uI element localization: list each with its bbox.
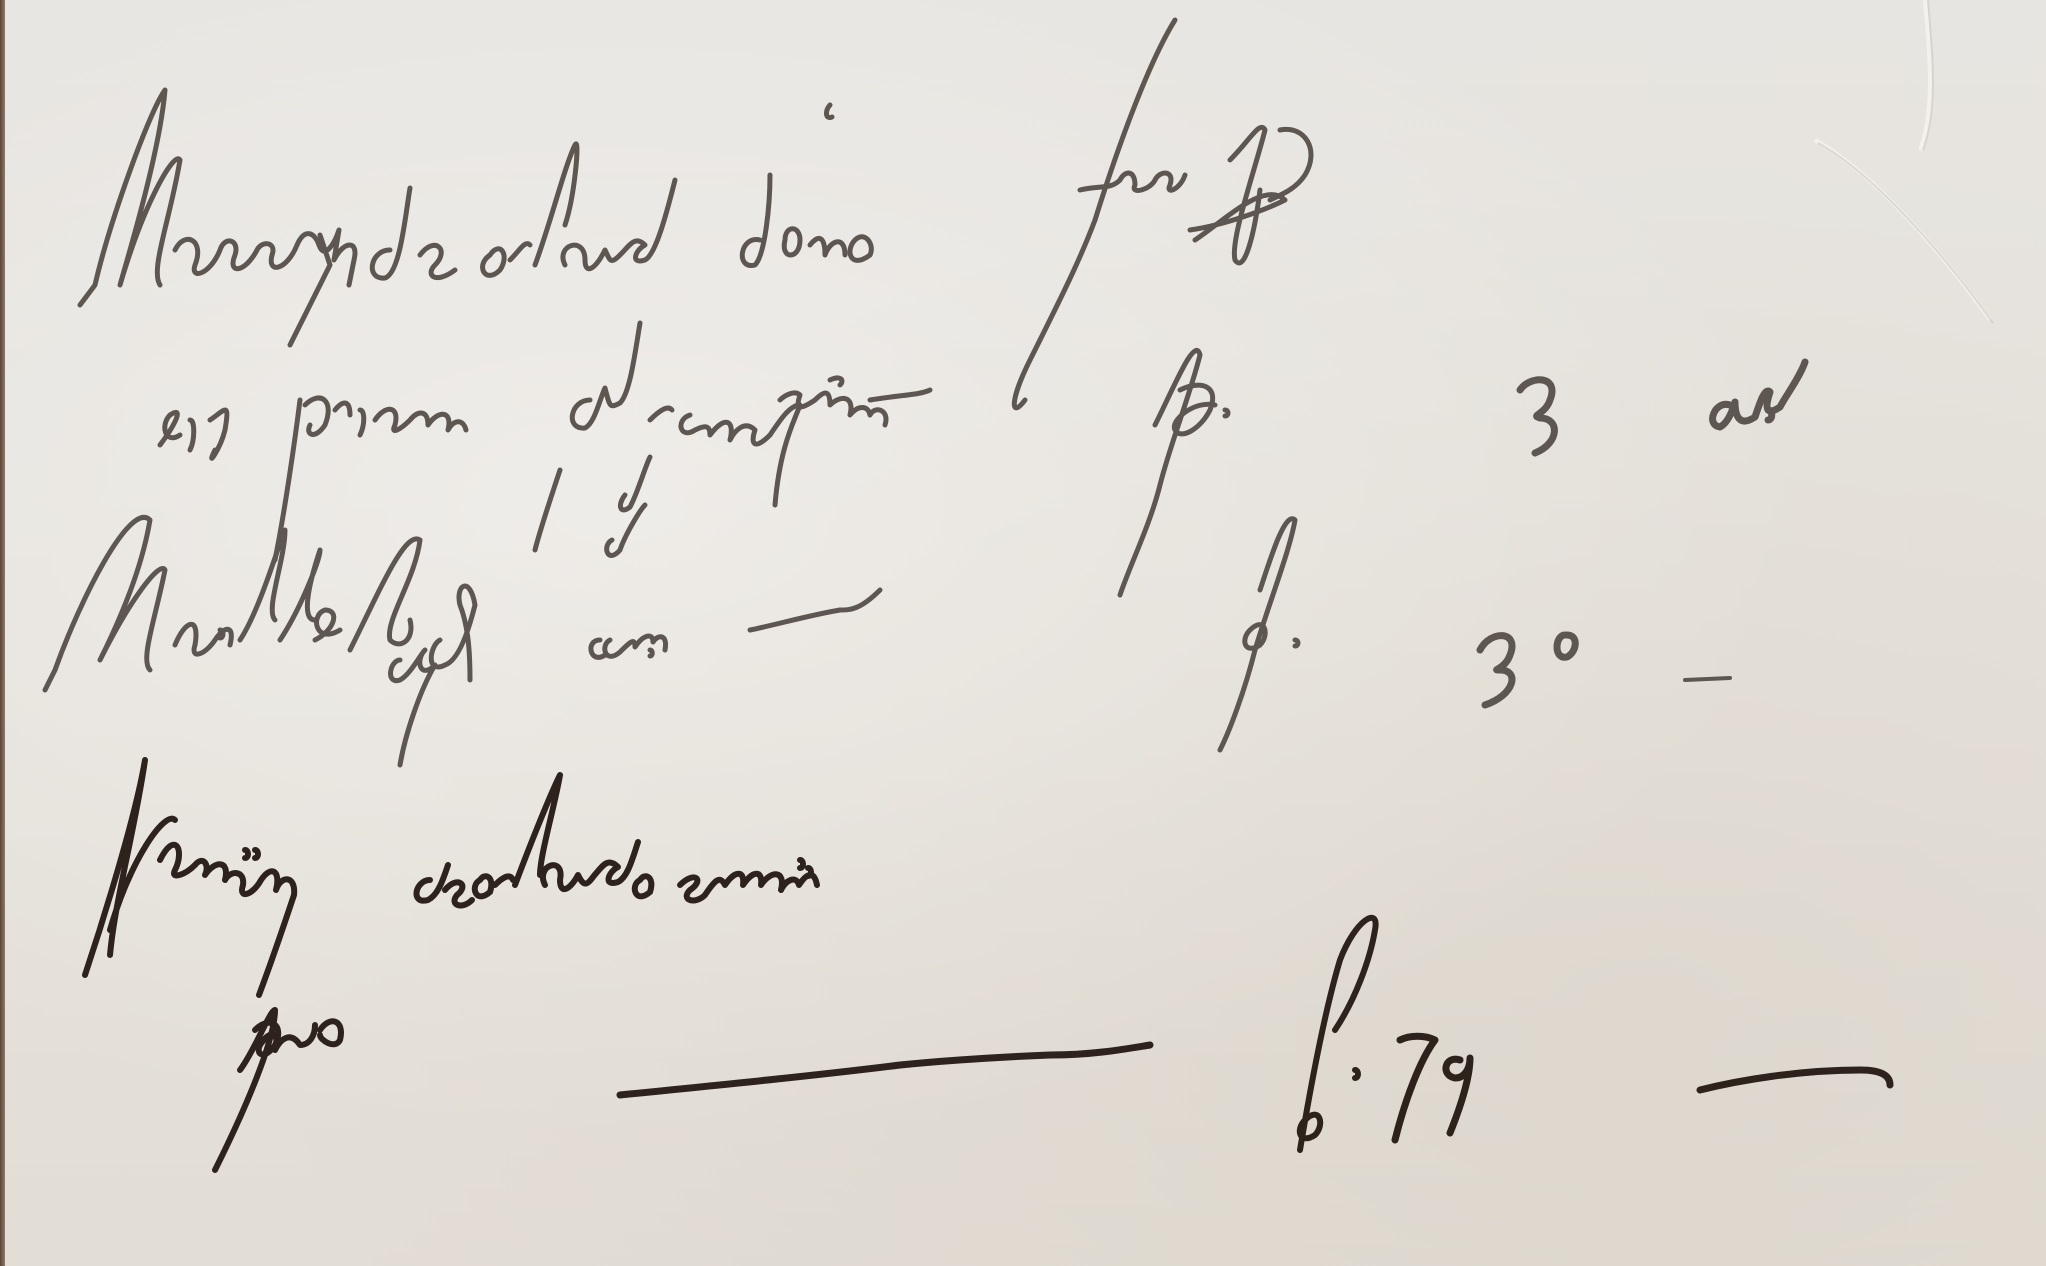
manuscript-page: Massentij de orlando dono fatta ss eis p… [0, 0, 2046, 1266]
entry-2-suffix: — [1690, 640, 1706, 659]
entry-3-line-2: patio [230, 1030, 394, 1104]
entry-2-currency: f°. [1250, 610, 1269, 629]
entry-3-line-1: Massentij deorlando emani [90, 830, 971, 904]
entry-1-amount: 3 [1520, 370, 1530, 389]
entry-3-suffix: — [1700, 1050, 1716, 1069]
entry-3-currency: f°. [1300, 1040, 1319, 1059]
entry-1-line-2: eis priem adrecspenta [160, 360, 883, 434]
entry-2-amount: 30 [1480, 625, 1500, 644]
entry-1-currency: f°. [1200, 360, 1219, 379]
entry-2-superscript: ed [610, 490, 630, 509]
entry-3-amount: 79 [1400, 1040, 1420, 1059]
entry-1-line-1: Massentij de orlando dono fatta ss [90, 170, 1210, 244]
entry-2-line-1: Manielle bagdo cerrt. [50, 600, 753, 674]
entry-1-suffix: ab. [1730, 370, 1755, 389]
